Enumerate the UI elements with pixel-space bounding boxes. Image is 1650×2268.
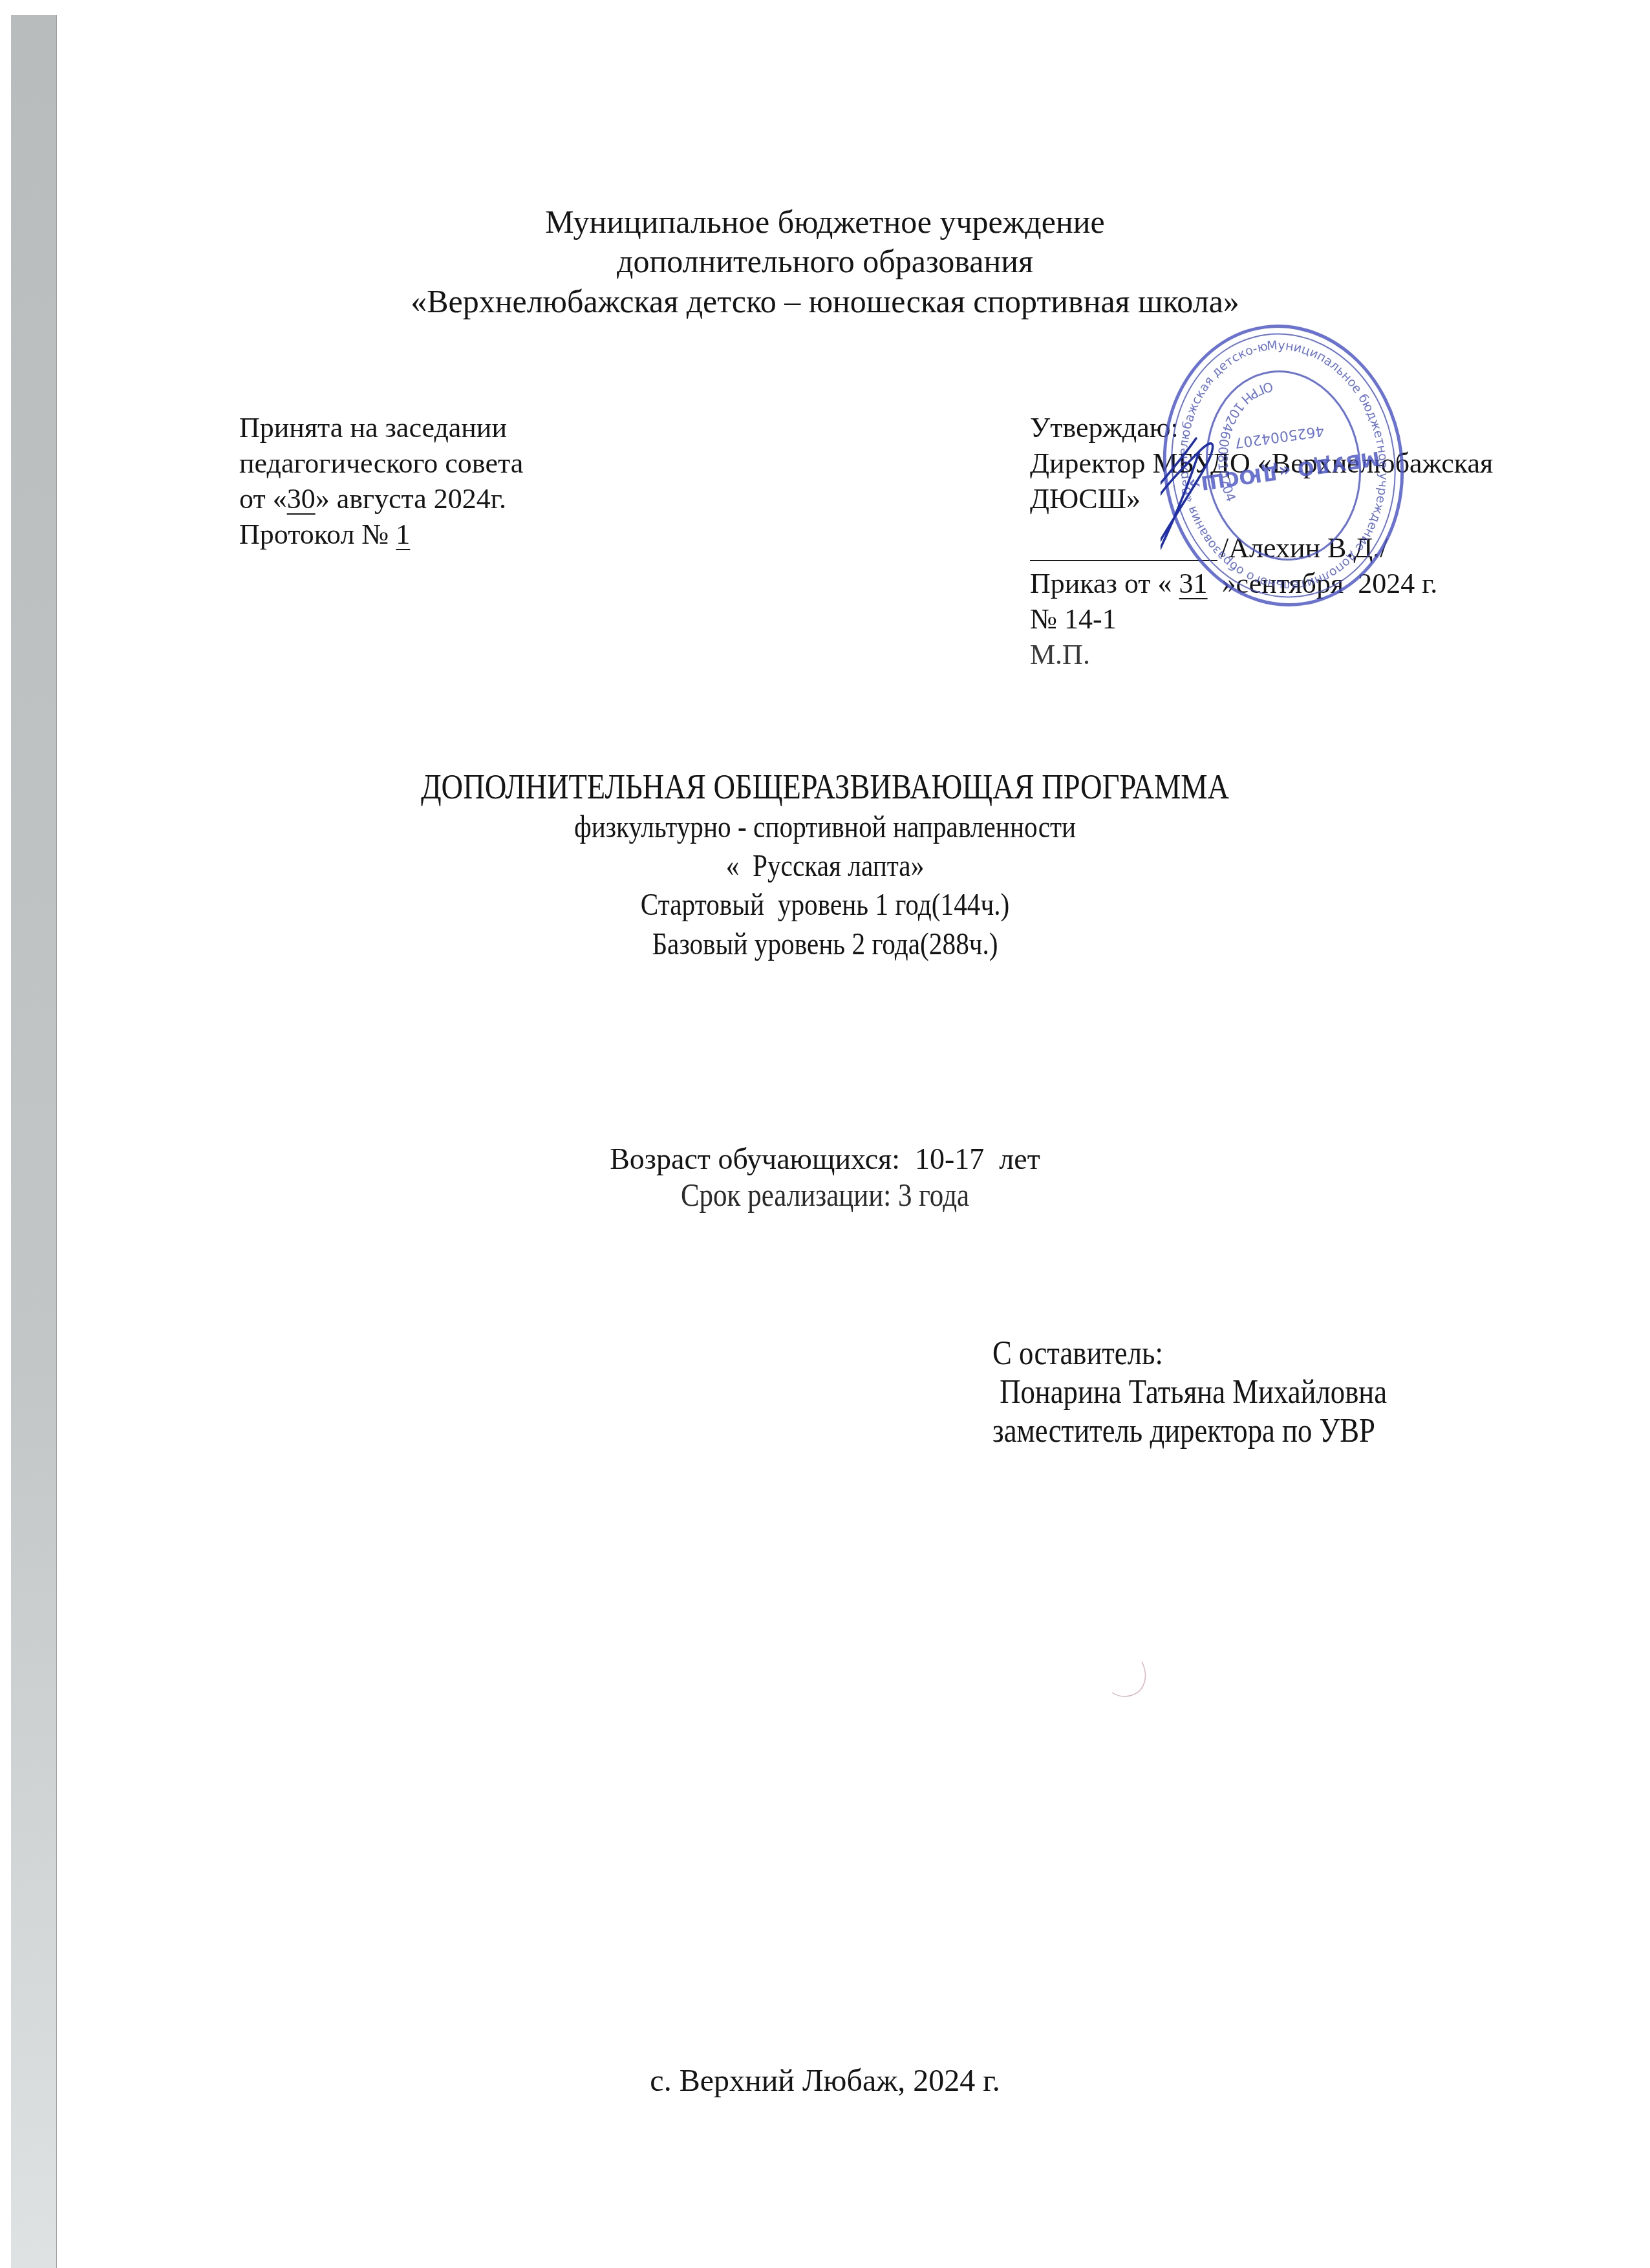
place-and-year: с. Верхний Любаж, 2024 г. — [0, 2066, 1650, 2097]
program-title: ДОПОЛНИТЕЛЬНАЯ ОБЩЕРАЗВИВАЮЩАЯ ПРОГРАММА — [116, 769, 1535, 804]
official-stamp-icon: Муниципальное бюджетное учреждение допол… — [1161, 322, 1406, 610]
program-level-basic: Базовый уровень 2 года(288ч.) — [116, 929, 1535, 960]
document-page — [57, 15, 1650, 2268]
header-line-2: дополнительного образования — [0, 245, 1650, 277]
approved-line-3: ДЮСШ» — [1030, 485, 1141, 513]
seal-place: М.П. — [1030, 641, 1090, 669]
adopted-line-1: Принята на заседании — [239, 414, 507, 442]
protocol-number: 1 — [396, 519, 410, 550]
author-name: Понарина Татьяна Михайловна — [992, 1376, 1387, 1409]
scan-edge-strip — [11, 15, 58, 2268]
author-position: заместитель директора по УВР — [992, 1415, 1375, 1448]
adopted-date: от «30» августа 2024г. — [239, 485, 506, 513]
adopted-date-day: 30 — [287, 483, 316, 515]
protocol-prefix: Протокол № — [239, 519, 396, 550]
approved-line-1: Утверждаю: — [1030, 414, 1179, 442]
adopted-line-2: педагогического совета — [239, 449, 523, 478]
stamp-inn: 4625004207 — [1234, 422, 1325, 451]
scan-artifact-arc-icon — [1099, 1655, 1151, 1707]
adopted-date-suffix: » августа 2024г. — [316, 483, 506, 515]
order-date-prefix: Приказ от « — [1030, 568, 1179, 599]
header-line-3: «Верхнелюбажская детско – юношеская спор… — [0, 285, 1650, 317]
header-line-1: Муниципальное бюджетное учреждение — [0, 206, 1650, 238]
adopted-date-prefix: от « — [239, 483, 287, 515]
author-label: С оставитель: — [992, 1337, 1163, 1371]
order-number: № 14-1 — [1030, 605, 1117, 634]
implementation-period: Срок реализации: 3 года — [116, 1179, 1535, 1211]
program-orientation: физкультурно - спортивной направленности — [116, 812, 1535, 843]
protocol-line: Протокол № 1 — [239, 520, 410, 549]
student-age: Возраст обучающихся: 10-17 лет — [0, 1144, 1650, 1174]
program-level-starter: Стартовый уровень 1 год(144ч.) — [116, 890, 1535, 921]
program-name: « Русская лапта» — [116, 851, 1535, 882]
